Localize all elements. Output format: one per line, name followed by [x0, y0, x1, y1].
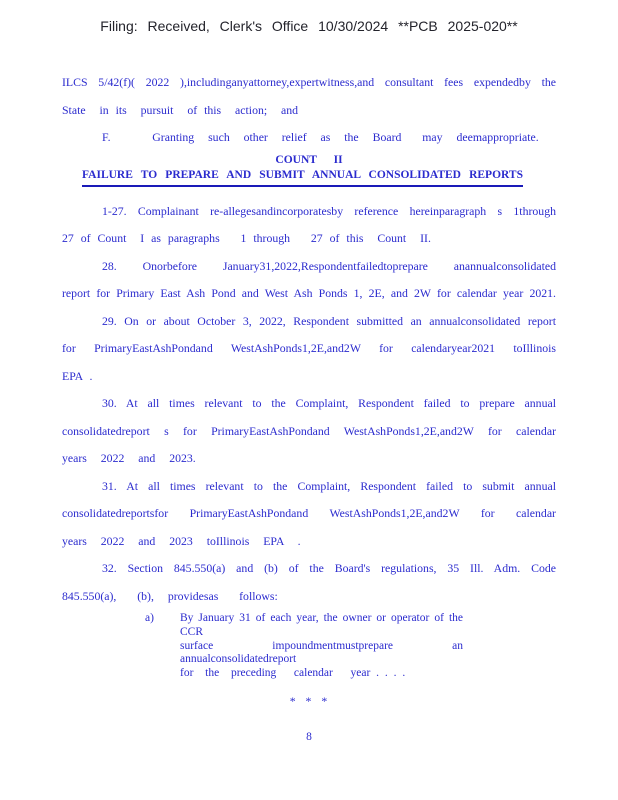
para-32-line-1: 32. Section 845.550(a) and (b) of the Bo… — [62, 555, 556, 583]
page-number: 8 — [0, 731, 618, 743]
para-31-line-1: 31. At all times relevant to the Complai… — [62, 473, 556, 501]
intro-line-2: State in its pursuit of this action; and — [62, 97, 556, 125]
para-30-line-2: consolidatedreport s for PrimaryEastAshP… — [62, 418, 556, 446]
para-31-line-2: consolidatedreportsfor PrimaryEastAshPon… — [62, 500, 556, 528]
para-1-27-line-1: 1-27. Complainant re-allegesandincorpora… — [62, 198, 556, 226]
quote-line-3: for the preceding calendar year . . . . — [180, 667, 463, 681]
regulation-quote: a) By January 31 of each year, the owner… — [145, 612, 463, 681]
quote-item-label: a) — [145, 612, 180, 681]
relief-item-f: F. Granting such other relief as the Boa… — [62, 124, 556, 152]
intro-line-1: ILCS 5/42(f)( 2022 ),includinganyattorne… — [62, 69, 556, 97]
count-heading-block: COUNT II FAILURE TO PREPARE AND SUBMIT A… — [62, 153, 556, 187]
para-30-line-3: years 2022 and 2023. — [62, 445, 556, 473]
document-page: Filing: Received, Clerk's Office 10/30/2… — [0, 0, 618, 800]
para-28-line-2: report for Primary East Ash Pond and Wes… — [62, 280, 556, 308]
para-29-line-2: for PrimaryEastAshPondand WestAshPonds1,… — [62, 335, 556, 363]
quote-line-1: By January 31 of each year, the owner or… — [180, 612, 463, 640]
para-29-line-3: EPA . — [62, 363, 556, 391]
para-32-line-2: 845.550(a), (b), providesas follows: — [62, 583, 556, 611]
para-1-27-line-2: 27 of Count I as paragraphs 1 through 27… — [62, 225, 556, 253]
para-29-line-1: 29. On or about October 3, 2022, Respond… — [62, 308, 556, 336]
para-30-line-1: 30. At all times relevant to the Complai… — [62, 390, 556, 418]
filing-stamp: Filing: Received, Clerk's Office 10/30/2… — [0, 0, 618, 35]
section-separator: * * * — [62, 694, 556, 708]
count-subheading: FAILURE TO PREPARE AND SUBMIT ANNUAL CON… — [82, 168, 523, 187]
count-heading: COUNT II — [62, 153, 556, 168]
para-31-line-3: years 2022 and 2023 toIllinois EPA . — [62, 528, 556, 556]
para-28-line-1: 28. Onorbefore January31,2022,Respondent… — [62, 253, 556, 281]
quote-text: By January 31 of each year, the owner or… — [180, 612, 463, 681]
quote-line-2: surface impoundmentmustprepare an annual… — [180, 640, 463, 668]
document-body: ILCS 5/42(f)( 2022 ),includinganyattorne… — [62, 69, 556, 708]
